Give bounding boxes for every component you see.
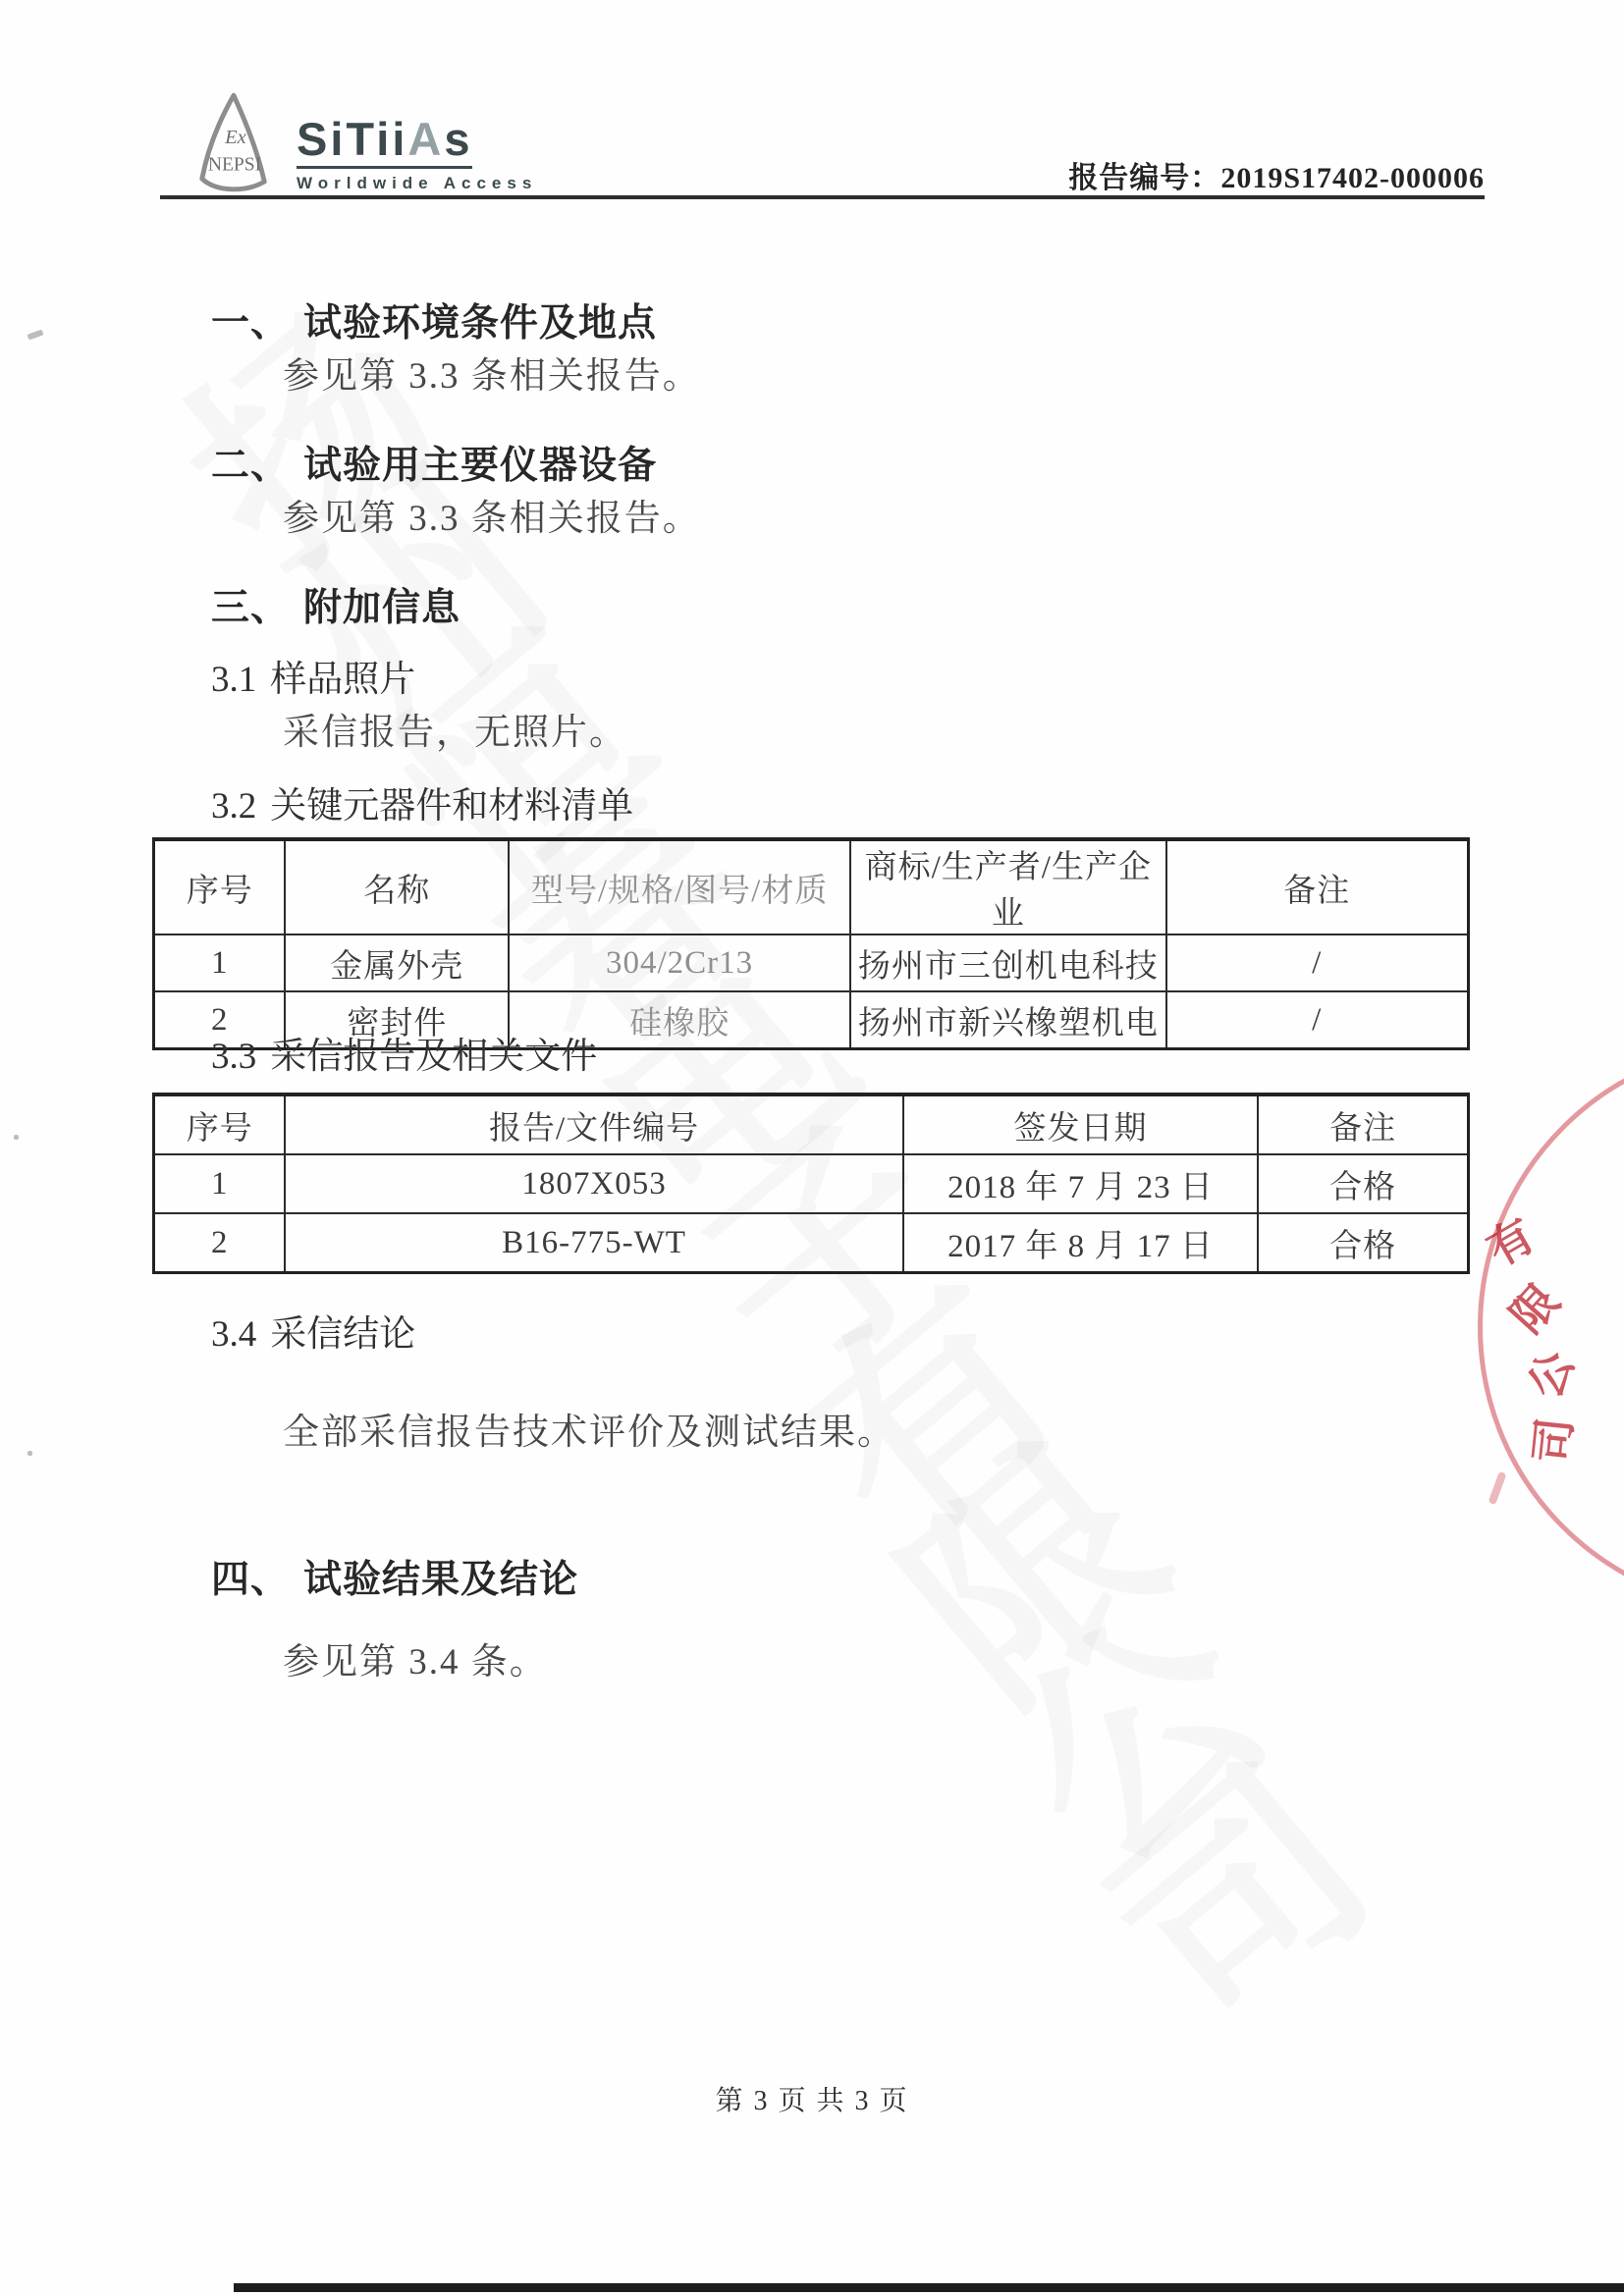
wordmark-light: A — [407, 113, 444, 165]
subsection-3-2-heading: 3.2关键元器件和材料清单 — [211, 775, 633, 828]
report-number: 报告编号：2019S17402-000006 — [1068, 153, 1485, 196]
section-2-title: 试验用主要仪器设备 — [303, 445, 657, 487]
t2-cell: 2017 年 8 月 17 日 — [903, 1213, 1259, 1273]
table-header-row: 序号 名称 型号/规格/图号/材质 商标/生产者/生产企业 备注 — [154, 839, 1469, 934]
t2-cell: 合格 — [1258, 1213, 1468, 1273]
red-stamp-char: 司 — [1516, 1415, 1585, 1467]
t1-header-model: 型号/规格/图号/材质 — [509, 839, 850, 934]
section-3-number: 三、 — [211, 587, 290, 629]
t1-cell: 扬州市新兴橡塑机电 — [850, 991, 1165, 1049]
section-4-title: 试验结果及结论 — [303, 1559, 578, 1601]
section-2-heading: 二、试验用主要仪器设备 — [211, 435, 657, 490]
red-stamp-partial-mark — [1488, 1471, 1506, 1506]
section-4-body: 参见第 3.4 条。 — [283, 1631, 548, 1684]
scan-speck — [27, 329, 43, 340]
certifier-logo: Ex NEPSI SiTiiAs Worldwide Access — [192, 88, 537, 198]
section-2-number: 二、 — [211, 445, 290, 487]
t2-header-docno: 报告/文件编号 — [285, 1095, 902, 1154]
logo-wordmark: SiTiiAs — [297, 116, 472, 169]
subsection-3-3-number: 3.3 — [211, 1037, 256, 1077]
header-rule — [160, 195, 1485, 199]
subsection-3-3-title: 采信报告及相关文件 — [270, 1037, 597, 1077]
subsection-3-4-body: 全部采信报告技术评价及测试结果。 — [283, 1402, 895, 1455]
t1-cell: 扬州市三创机电科技 — [850, 934, 1165, 991]
page-footer: 第 3 页 共 3 页 — [0, 2079, 1624, 2118]
t2-cell: 2018 年 7 月 23 日 — [903, 1154, 1259, 1213]
t1-cell: / — [1166, 991, 1469, 1049]
t1-header-seq: 序号 — [154, 839, 286, 934]
section-1-body: 参见第 3.3 条相关报告。 — [283, 346, 701, 399]
section-4-heading: 四、试验结果及结论 — [211, 1549, 578, 1604]
subsection-3-2-title: 关键元器件和材料清单 — [270, 786, 633, 827]
subsection-3-1-title: 样品照片 — [270, 660, 415, 700]
t2-cell: 合格 — [1258, 1154, 1468, 1213]
t1-cell: / — [1166, 934, 1469, 991]
logo-tagline: Worldwide Access — [297, 174, 537, 193]
section-1-heading: 一、试验环境条件及地点 — [211, 293, 657, 347]
table-row: 2 B16-775-WT 2017 年 8 月 17 日 合格 — [154, 1213, 1469, 1273]
report-page: 扬 州 恒 春 电 子 有 限 公 司 Ex NEPSI SiTiiAs Wor… — [0, 0, 1624, 2296]
adopted-reports-table: 序号 报告/文件编号 签发日期 备注 1 1807X053 2018 年 7 月… — [152, 1093, 1470, 1274]
subsection-3-4-title: 采信结论 — [270, 1314, 415, 1355]
table-row: 1 1807X053 2018 年 7 月 23 日 合格 — [154, 1154, 1469, 1213]
logo-ex-text: Ex — [224, 127, 246, 148]
t1-header-name: 名称 — [285, 839, 509, 934]
t1-header-maker: 商标/生产者/生产企业 — [850, 839, 1165, 934]
wordmark-dark: SiTii — [297, 113, 407, 165]
table-header-row: 序号 报告/文件编号 签发日期 备注 — [154, 1095, 1469, 1154]
report-number-value: 2019S17402-000006 — [1220, 162, 1485, 194]
subsection-3-4-number: 3.4 — [211, 1314, 256, 1355]
scan-edge-strip — [234, 2283, 1624, 2292]
scan-speck — [14, 1135, 19, 1140]
subsection-3-1-body: 采信报告，无照片。 — [283, 702, 627, 755]
t1-cell: 1 — [154, 934, 286, 991]
subsection-3-1-heading: 3.1样品照片 — [211, 649, 415, 702]
t2-header-seq: 序号 — [154, 1095, 286, 1154]
report-number-label: 报告编号： — [1068, 162, 1220, 194]
subsection-3-1-number: 3.1 — [211, 660, 256, 700]
section-1-number: 一、 — [211, 302, 290, 345]
t1-cell: 金属外壳 — [285, 934, 509, 991]
t2-cell: 1807X053 — [285, 1154, 902, 1213]
t1-header-remark: 备注 — [1166, 839, 1469, 934]
scan-speck — [27, 1451, 32, 1456]
logo-nepsi-text: NEPSI — [208, 154, 261, 175]
logo-wordmark-block: SiTiiAs Worldwide Access — [297, 88, 537, 193]
watermark-char: 公 — [973, 1572, 1305, 1903]
key-components-table: 序号 名称 型号/规格/图号/材质 商标/生产者/生产企业 备注 1 金属外壳 … — [152, 837, 1470, 1050]
section-3-heading: 三、附加信息 — [211, 577, 460, 632]
wordmark-dark-s: s — [444, 113, 472, 165]
section-1-title: 试验环境条件及地点 — [303, 302, 657, 345]
section-4-number: 四、 — [211, 1559, 290, 1601]
t2-cell: B16-775-WT — [285, 1213, 902, 1273]
subsection-3-2-number: 3.2 — [211, 786, 256, 827]
t2-cell: 2 — [154, 1213, 286, 1273]
t1-cell: 304/2Cr13 — [509, 934, 850, 991]
t2-cell: 1 — [154, 1154, 286, 1213]
section-2-body: 参见第 3.3 条相关报告。 — [283, 488, 701, 541]
section-3-title: 附加信息 — [303, 587, 460, 629]
watermark-char: 司 — [1076, 1734, 1408, 2065]
t2-header-remark: 备注 — [1258, 1095, 1468, 1154]
table-row: 1 金属外壳 304/2Cr13 扬州市三创机电科技 / — [154, 934, 1469, 991]
subsection-3-4-heading: 3.4采信结论 — [211, 1304, 415, 1357]
nepsi-triangle-icon: Ex NEPSI — [192, 88, 275, 198]
t2-header-date: 签发日期 — [903, 1095, 1259, 1154]
subsection-3-3-heading: 3.3采信报告及相关文件 — [211, 1026, 597, 1079]
watermark-char: 限 — [870, 1410, 1202, 1741]
